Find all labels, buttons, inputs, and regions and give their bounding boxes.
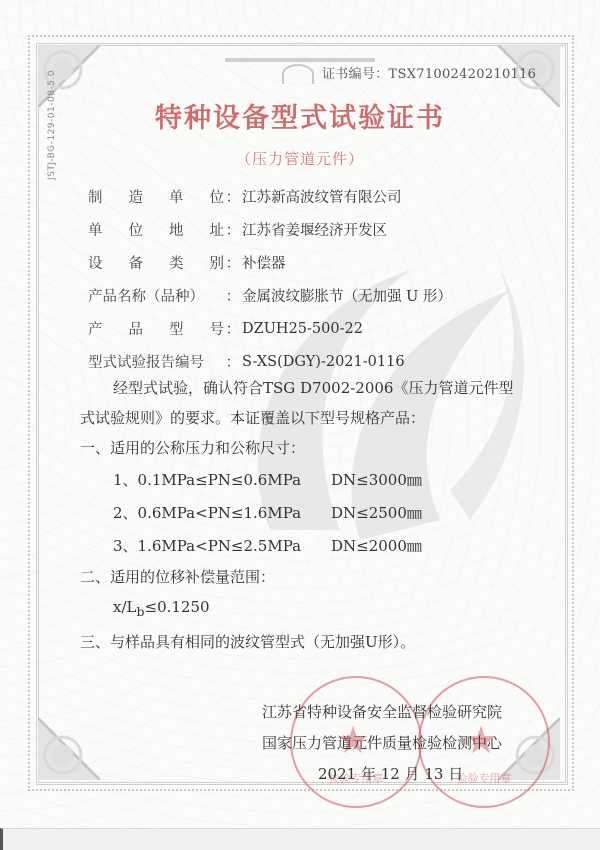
certificate-number-label: 证书编号： — [322, 67, 389, 82]
field-label: 产品型号 — [88, 318, 224, 339]
displacement-range: x/Lb≤0.1250 — [80, 592, 520, 627]
corner-ornament-icon — [38, 718, 100, 780]
pressure-range: 2、0.6MPa<PN≤1.6MPa — [113, 498, 331, 528]
nominal-size: DN≤2500㎜ — [331, 498, 422, 528]
field-label: 型式试验报告编号 — [88, 351, 224, 372]
spec-row: 2、0.6MPa<PN≤1.6MPa DN≤2500㎜ — [80, 496, 520, 529]
field-address: 单位地址 ： 江苏省姜堰经济开发区 — [88, 213, 452, 246]
spec-row: 1、0.1MPa≤PN≤0.6MPa DN≤3000㎜ — [80, 463, 520, 496]
field-label: 单位地址 — [88, 219, 224, 240]
document-title: 特种设备型式试验证书 — [0, 96, 600, 135]
field-value: DZUH25-500-22 — [242, 321, 363, 337]
field-value: 江苏新高波纹管有限公司 — [242, 186, 402, 207]
field-value: 江苏省姜堰经济开发区 — [242, 219, 387, 240]
certificate-number: 证书编号：TSX71002420210116 — [322, 63, 536, 82]
field-product-model: 产品型号 ： DZUH25-500-22 — [88, 312, 452, 345]
field-product-name: 产品名称（品种） ： 金属波纹膨胀节（无加强 U 形） — [88, 279, 452, 312]
field-equipment-category: 设备类别 ： 补偿器 — [88, 246, 452, 279]
spec-row: 3、1.6MPa<PN≤2.5MPa DN≤2000㎜ — [80, 529, 520, 562]
nominal-size: DN≤3000㎜ — [331, 465, 422, 495]
signature-block: 江苏省特种设备安全监督检验研究院 国家压力管道元件质量检验检测中心 2021 年… — [262, 697, 502, 790]
document-subtitle: （压力管道元件） — [0, 148, 600, 169]
scan-background-strip — [0, 828, 600, 850]
field-label: 产品名称（品种） — [88, 285, 224, 306]
certificate-number-value: TSX71002420210116 — [389, 67, 537, 82]
issuing-org-2: 国家压力管道元件质量检验检测中心 — [262, 728, 502, 759]
pressure-range: 1、0.1MPa≤PN≤0.6MPa — [113, 465, 331, 495]
issuing-org-1: 江苏省特种设备安全监督检验研究院 — [262, 697, 502, 728]
field-value: S-XS(DGY)-2021-0116 — [242, 354, 405, 370]
pressure-range: 3、1.6MPa<PN≤2.5MPa — [113, 531, 331, 561]
section-3: 三、与样品具有相同的波纹管型式（无加强U形）。 — [80, 627, 520, 657]
field-value: 金属波纹膨胀节（无加强 U 形） — [242, 285, 452, 306]
field-manufacturer: 制造单位 ： 江苏新高波纹管有限公司 — [88, 180, 452, 213]
section-1-heading: 一、适用的公称压力和公称尺寸： — [80, 433, 520, 463]
section-2-heading: 二、适用的位移补偿量范围： — [80, 562, 520, 592]
field-value: 补偿器 — [242, 252, 286, 273]
field-label: 制造单位 — [88, 186, 224, 207]
intro-paragraph: 经型式试验，确认符合TSG D7002-2006《压力管道元件型式试验规则》的要… — [80, 373, 520, 433]
certificate-fields: 制造单位 ： 江苏新高波纹管有限公司 单位地址 ： 江苏省姜堰经济开发区 设备类… — [88, 180, 452, 378]
emblem-icon — [282, 64, 314, 84]
issue-date: 2021 年 12 月 13 日 — [262, 759, 502, 790]
nominal-size: DN≤2000㎜ — [331, 531, 422, 561]
field-label: 设备类别 — [88, 252, 224, 273]
certificate-body: 经型式试验，确认符合TSG D7002-2006《压力管道元件型式试验规则》的要… — [80, 373, 520, 657]
